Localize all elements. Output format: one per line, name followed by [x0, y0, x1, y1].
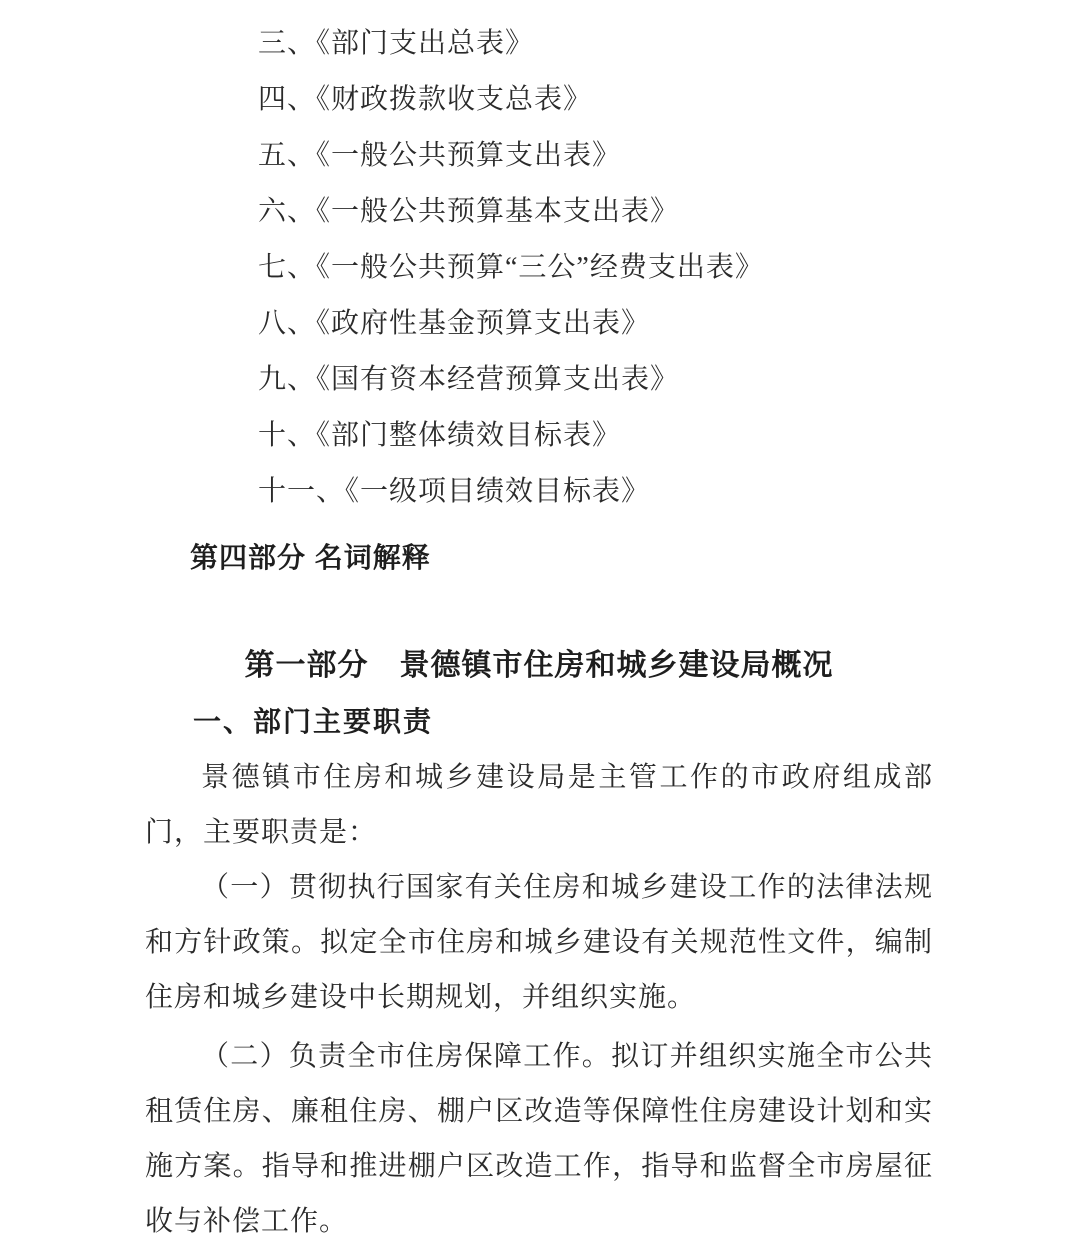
page-content: 三、《部门支出总表》 四、《财政拨款收支总表》 五、《一般公共预算支出表》 六、…	[145, 16, 933, 1249]
paragraph-line: （一）贯彻执行国家有关住房和城乡建设工作的法律法规	[145, 860, 933, 915]
paragraph-line: 住房和城乡建设中长期规划，并组织实施。	[145, 970, 933, 1025]
part1-heading: 第一部分 景德镇市住房和城乡建设局概况	[145, 638, 933, 694]
paragraph-line: 收与补偿工作。	[145, 1194, 933, 1249]
paragraph-line: 施方案。指导和推进棚户区改造工作，指导和监督全市房屋征	[145, 1139, 933, 1194]
paragraph-intro: 景德镇市住房和城乡建设局是主管工作的市政府组成部 门，主要职责是：	[145, 750, 933, 860]
paragraph-duty-2: （二）负责全市住房保障工作。拟订并组织实施全市公共 租赁住房、廉租住房、棚户区改…	[145, 1029, 933, 1249]
table-of-contents: 三、《部门支出总表》 四、《财政拨款收支总表》 五、《一般公共预算支出表》 六、…	[145, 16, 933, 520]
paragraph-line: 门，主要职责是：	[145, 805, 933, 860]
document-page: 三、《部门支出总表》 四、《财政拨款收支总表》 五、《一般公共预算支出表》 六、…	[0, 0, 1074, 1254]
paragraph-line: 景德镇市住房和城乡建设局是主管工作的市政府组成部	[145, 750, 933, 805]
paragraph-line: 租赁住房、廉租住房、棚户区改造等保障性住房建设计划和实	[145, 1084, 933, 1139]
paragraph-duty-1: （一）贯彻执行国家有关住房和城乡建设工作的法律法规 和方针政策。拟定全市住房和城…	[145, 860, 933, 1025]
duties-heading: 一、部门主要职责	[145, 694, 933, 750]
paragraph-line: （二）负责全市住房保障工作。拟订并组织实施全市公共	[145, 1029, 933, 1084]
toc-item: 十、《部门整体绩效目标表》	[145, 408, 933, 464]
toc-item: 十一、《一级项目绩效目标表》	[145, 464, 933, 520]
toc-item: 四、《财政拨款收支总表》	[145, 72, 933, 128]
toc-item: 七、《一般公共预算“三公”经费支出表》	[145, 240, 933, 296]
toc-item: 三、《部门支出总表》	[145, 16, 933, 72]
toc-item: 九、《国有资本经营预算支出表》	[145, 352, 933, 408]
part4-heading: 第四部分 名词解释	[145, 530, 933, 586]
paragraph-line: 和方针政策。拟定全市住房和城乡建设有关规范性文件，编制	[145, 915, 933, 970]
toc-item: 八、《政府性基金预算支出表》	[145, 296, 933, 352]
toc-item: 五、《一般公共预算支出表》	[145, 128, 933, 184]
toc-item: 六、《一般公共预算基本支出表》	[145, 184, 933, 240]
